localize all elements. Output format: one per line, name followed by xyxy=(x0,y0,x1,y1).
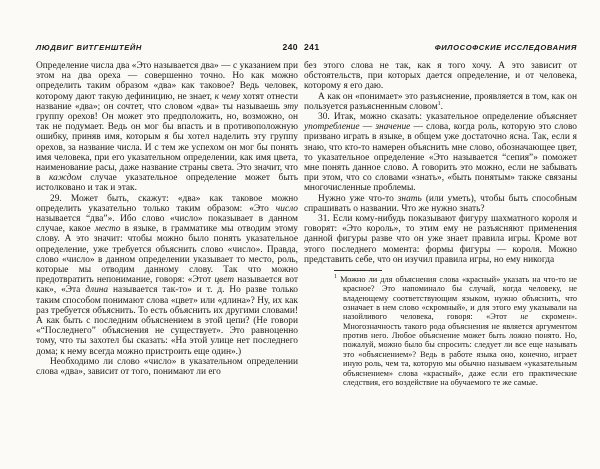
page-number-right: 241 xyxy=(304,42,320,52)
page-body-right: без этого слова не так, как я того хочу.… xyxy=(304,61,577,265)
footnote-divider xyxy=(334,270,382,271)
paragraph: без этого слова не так, как я того хочу.… xyxy=(304,61,577,92)
running-head-title: ФИЛОСОФСКИЕ ИССЛЕДОВАНИЯ xyxy=(435,43,577,52)
page-right-241: 241 ФИЛОСОФСКИЕ ИССЛЕДОВАНИЯ без этого с… xyxy=(304,42,577,387)
running-head-author: ЛЮДВИГ ВИТГЕНШТЕЙН xyxy=(36,43,142,52)
paragraph: Определение числа два «Это называется дв… xyxy=(36,61,298,194)
page-left-240: ЛЮДВИГ ВИТГЕНШТЕЙН 240 Определение числа… xyxy=(36,42,298,377)
paragraph: А как он «понимает» это разъяснение, про… xyxy=(304,92,577,112)
paragraph: 29. Может быть, скажут: «два» как таково… xyxy=(36,194,298,357)
footnote-body: 1 Можно ли для объяснения слова «красный… xyxy=(334,275,577,387)
running-head-right: 241 ФИЛОСОФСКИЕ ИССЛЕДОВАНИЯ xyxy=(304,42,577,52)
paragraph: Нужно уже что-то знать (или уметь), чтоб… xyxy=(304,194,577,214)
paragraph: 31. Если кому-нибудь показывают фигуру ш… xyxy=(304,214,577,265)
running-head-left: ЛЮДВИГ ВИТГЕНШТЕЙН 240 xyxy=(36,42,298,52)
footnote: 1 Можно ли для объяснения слова «красный… xyxy=(334,270,577,387)
paragraph: Необходимо ли слово «число» в указательн… xyxy=(36,357,298,377)
page-number-left: 240 xyxy=(282,42,298,52)
book-spread: ЛЮДВИГ ВИТГЕНШТЕЙН 240 Определение числа… xyxy=(0,0,600,469)
footnote-paragraph: 1 Можно ли для объяснения слова «красный… xyxy=(334,275,577,387)
page-body-left: Определение числа два «Это называется дв… xyxy=(36,61,298,377)
paragraph: 30. Итак, можно сказать: указательное оп… xyxy=(304,112,577,194)
